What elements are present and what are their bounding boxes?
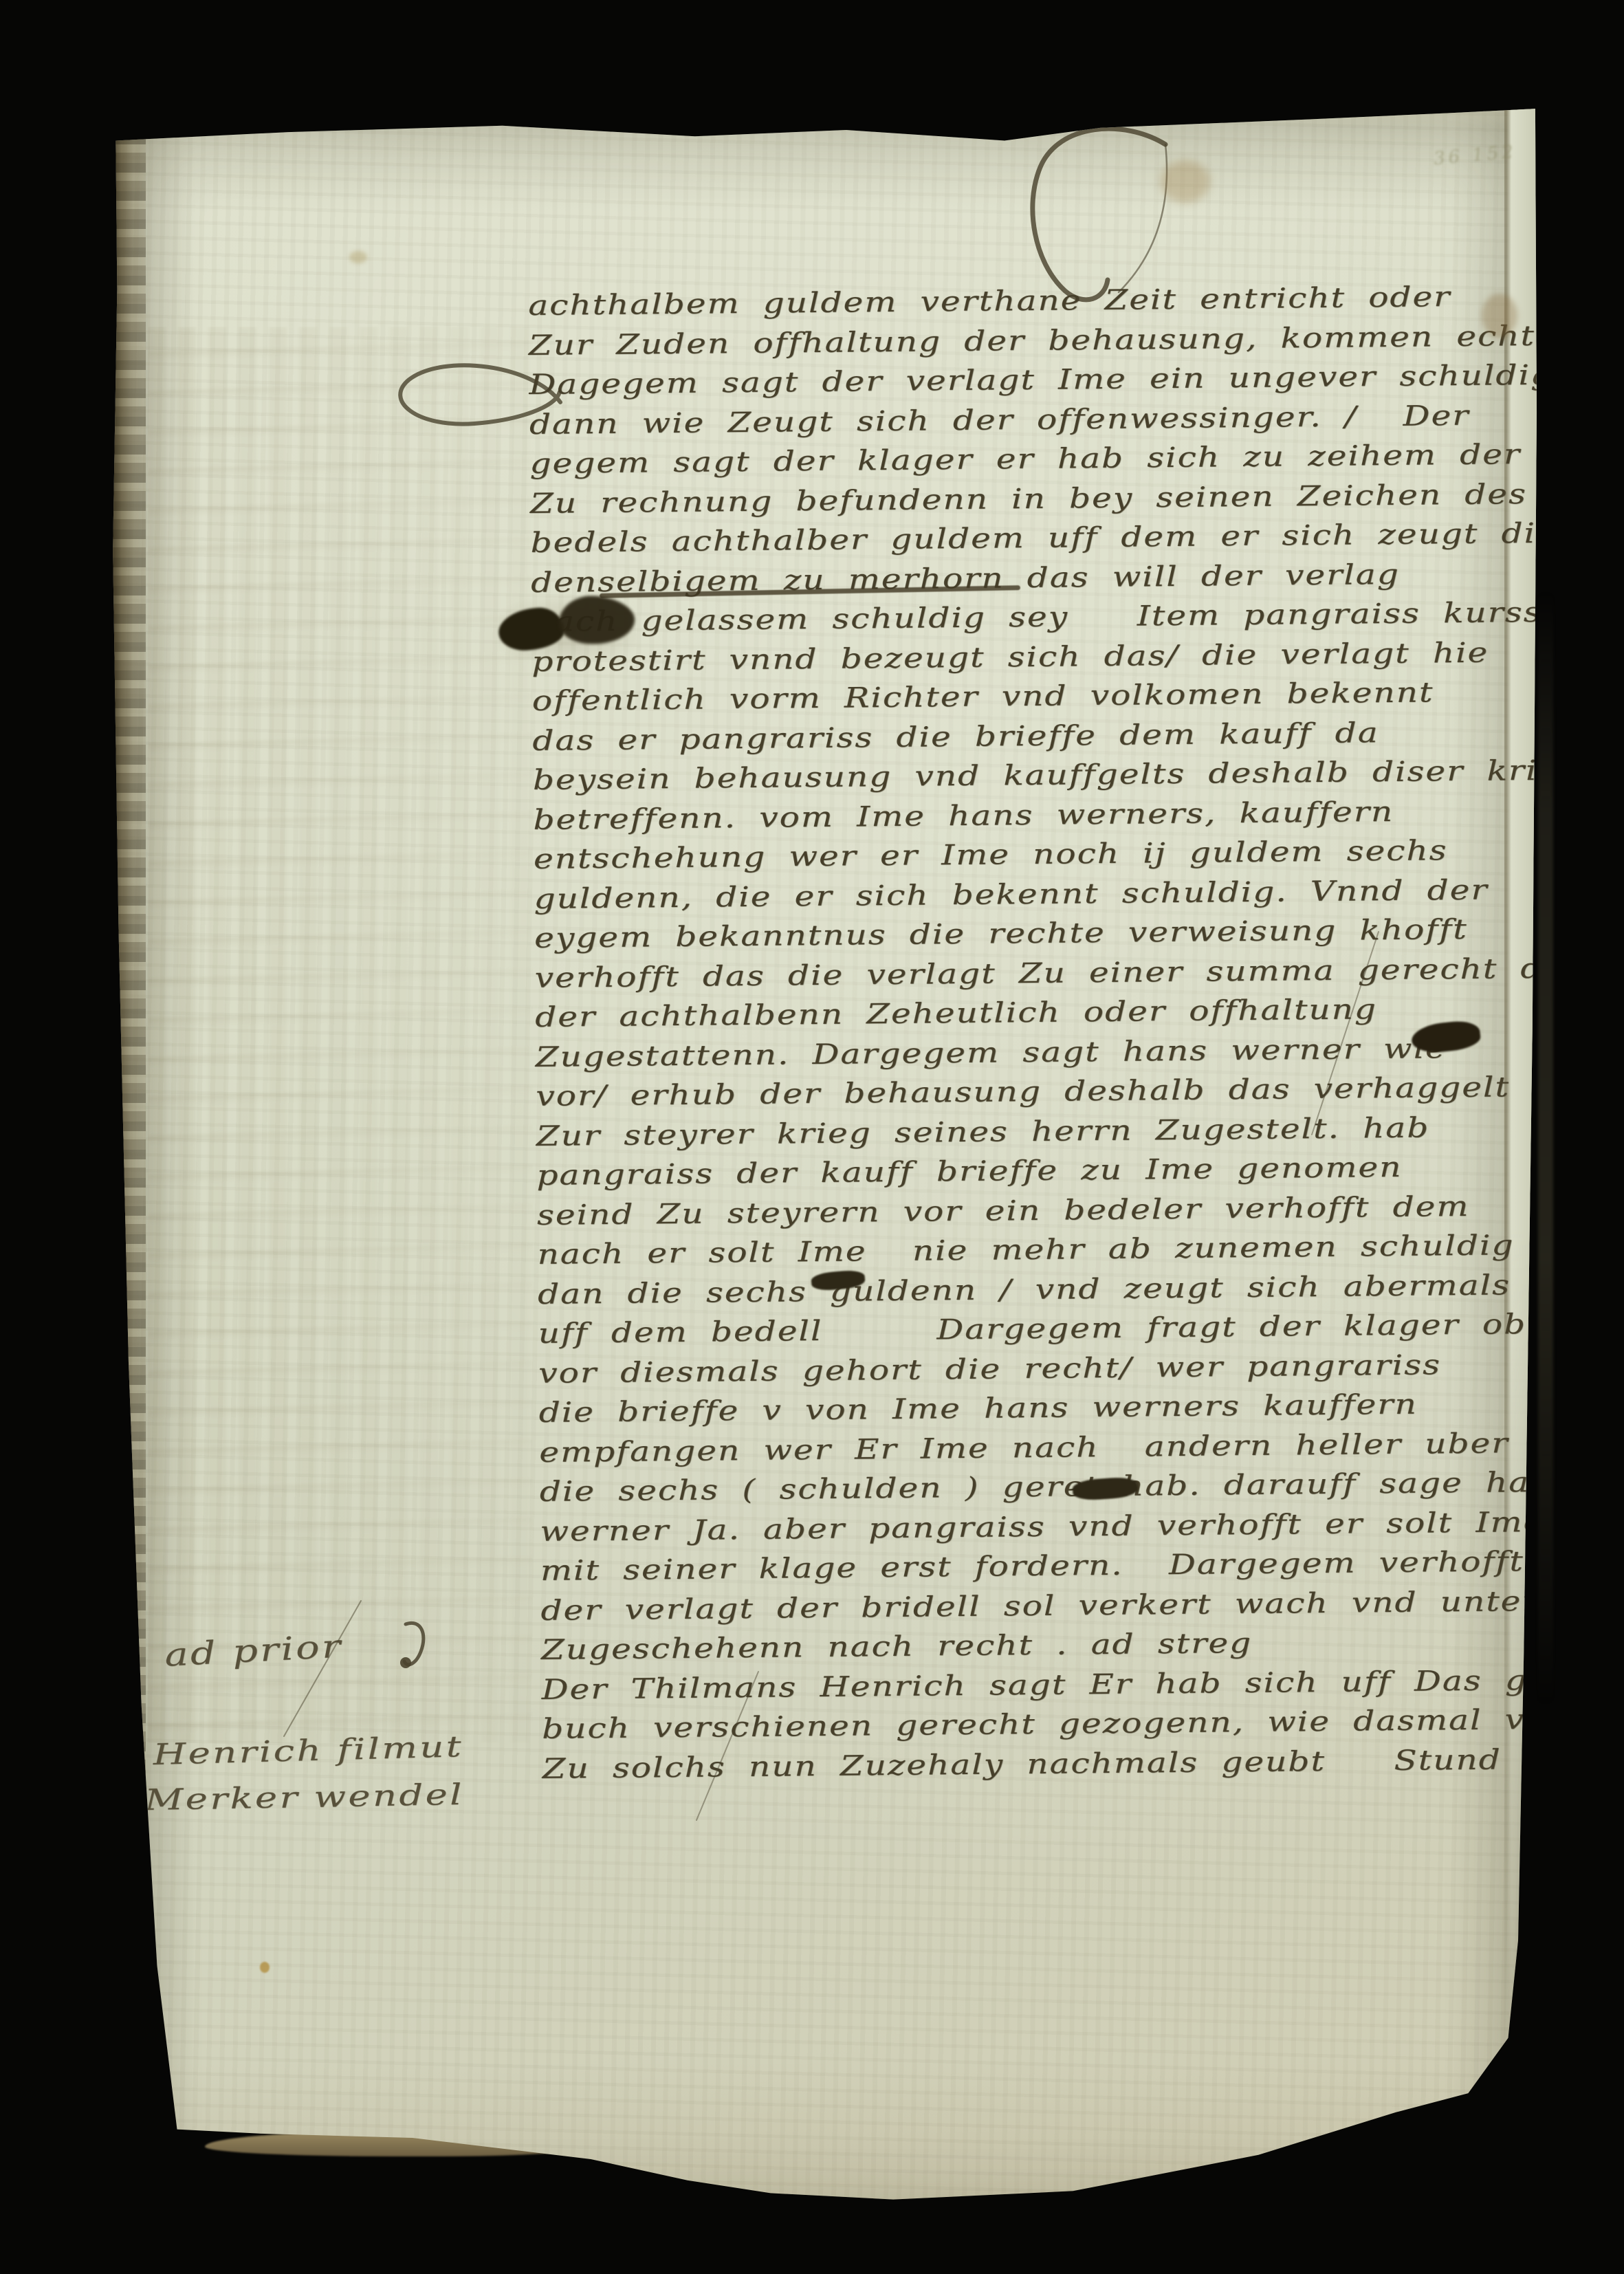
underlying-leaf-edge bbox=[1538, 591, 1553, 1705]
deckle-left-edge bbox=[109, 107, 146, 2231]
paper-fleck bbox=[349, 251, 367, 263]
main-text: achthalbem guldem verthane Zeit entricht… bbox=[528, 277, 1545, 1789]
margin-paragraph-mark-icon bbox=[385, 1609, 468, 1692]
margin-hairline-icon bbox=[272, 1595, 382, 1747]
ink-blot-lobe bbox=[558, 593, 637, 647]
photograph-stage: 36 152 achthalbem guldem verthane Zeit e… bbox=[0, 0, 1624, 2274]
crease-stain bbox=[1482, 294, 1517, 338]
ink-bleedthrough bbox=[148, 327, 533, 1743]
margin-note-name-2: Merker wendel bbox=[144, 1778, 464, 1817]
margin-note-name-1: Henrich filmut bbox=[153, 1729, 463, 1771]
ink-blot-lobe bbox=[496, 605, 566, 653]
water-stain bbox=[1161, 160, 1210, 203]
ink-blot bbox=[498, 596, 636, 659]
deckle-top-fringe bbox=[110, 107, 1537, 127]
paper-fleck bbox=[260, 1962, 270, 1973]
manuscript-page: 36 152 achthalbem guldem verthane Zeit e… bbox=[110, 107, 1537, 2231]
